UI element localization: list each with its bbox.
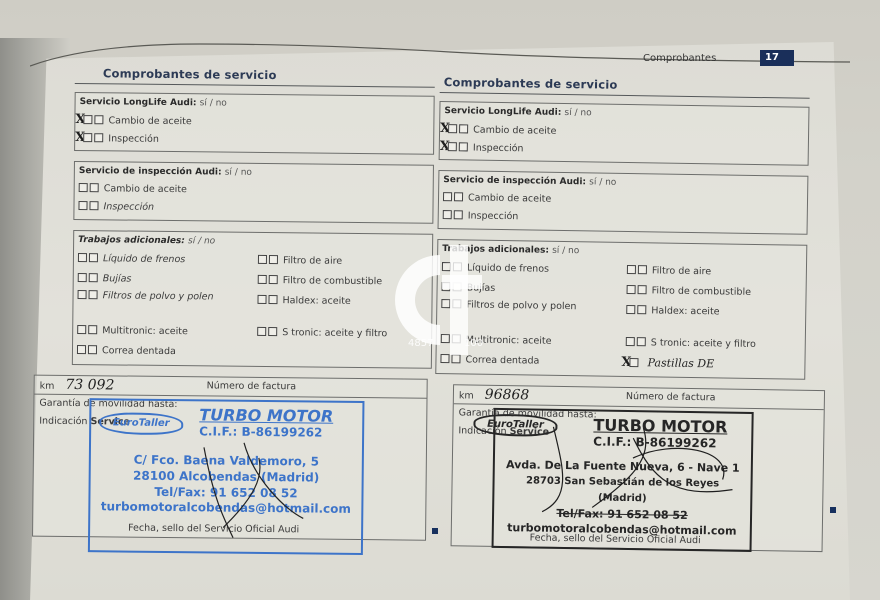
checkbox-si[interactable] [258, 275, 267, 284]
inspection-box: Servicio de inspección Audi: sí / no Cam… [73, 161, 434, 224]
checkbox-si[interactable] [78, 273, 87, 282]
checkbox-no[interactable] [88, 345, 97, 354]
checkbox-no[interactable] [268, 327, 277, 336]
checkbox-no[interactable] [88, 325, 97, 334]
checkbox-si[interactable] [448, 124, 457, 133]
checkbox-no[interactable] [453, 282, 462, 291]
checkbox-si[interactable] [77, 345, 86, 354]
checkbox-si[interactable] [443, 210, 452, 219]
checkbox-no[interactable] [94, 115, 103, 124]
checkbox-si[interactable] [257, 327, 266, 336]
invoice-number-label: Número de factura [207, 377, 297, 396]
checkbox-no[interactable] [89, 273, 98, 282]
checkbox-row[interactable]: Filtro de combustible [258, 271, 428, 293]
checkbox-no[interactable] [90, 183, 99, 192]
checkbox-row[interactable]: Correa dentada [77, 341, 247, 363]
longlife-heading: Servicio LongLife Audi: sí / no [444, 106, 804, 122]
checkbox-si[interactable] [440, 354, 449, 363]
longlife-box: Servicio LongLife Audi: sí / no X Cambio… [439, 101, 810, 166]
checkbox-no[interactable] [452, 299, 461, 308]
checkbox-si[interactable] [257, 295, 266, 304]
checkbox-no[interactable] [637, 305, 646, 314]
mileage-stamp-box: km 96868 Número de factura Garantía de m… [451, 384, 825, 552]
checkbox-si[interactable] [77, 325, 86, 334]
checkbox-si[interactable] [78, 290, 87, 299]
checkbox-si[interactable] [79, 183, 88, 192]
inspection-box: Servicio de inspección Audi: sí / no Cam… [438, 170, 809, 235]
checkbox-no[interactable] [94, 133, 103, 142]
inspection-heading: Servicio de inspección Audi: sí / no [79, 166, 429, 180]
checkbox-si[interactable] [442, 282, 451, 291]
handwritten-item-row[interactable]: X Pastillas DE [625, 353, 800, 376]
checkbox-row[interactable]: Líquido de frenos [442, 258, 617, 281]
checkbox-si[interactable] [441, 299, 450, 308]
section-title: Comprobantes de servicio [440, 72, 810, 99]
checkbox-no[interactable] [454, 192, 463, 201]
checkbox-row[interactable]: Filtros de polvo y polen [441, 298, 616, 333]
checkbox-si[interactable] [626, 305, 635, 314]
longlife-box: Servicio LongLife Audi: sí / no X Cambio… [74, 92, 435, 155]
checkbox-no[interactable] [89, 290, 98, 299]
checkbox-row[interactable]: S tronic: aceite y filtro [257, 323, 427, 345]
checkbox-no[interactable] [637, 337, 646, 346]
checkbox-row[interactable]: Correa dentada [440, 350, 615, 373]
checkbox-row[interactable]: Bujías [441, 278, 616, 301]
longlife-heading: Servicio LongLife Audi: sí / no [80, 97, 430, 111]
checkbox-si[interactable] [448, 142, 457, 151]
additional-heading: Trabajos adicionales: sí / no [442, 244, 802, 260]
workshop-stamp: EuroTaller TURBO MOTOR C.I.F.: B-8619926… [492, 408, 754, 552]
checkbox-si[interactable] [627, 285, 636, 294]
checkbox-no[interactable] [638, 265, 647, 274]
checkbox-row[interactable]: Filtro de combustible [626, 281, 801, 304]
checkbox-si[interactable] [442, 262, 451, 271]
checkbox-row[interactable]: Haldex: aceite [257, 291, 427, 313]
checkbox-no[interactable] [451, 354, 460, 363]
additional-work-box: Trabajos adicionales: sí / no Líquido de… [72, 230, 433, 369]
additional-heading: Trabajos adicionales: sí / no [78, 235, 428, 249]
page-number: 17 [760, 50, 794, 66]
checkbox-row[interactable]: Filtros de polvo y polen [77, 289, 247, 323]
checkbox-si[interactable] [627, 265, 636, 274]
checkbox-row[interactable]: Inspección [78, 198, 428, 220]
checkbox-si[interactable] [441, 334, 450, 343]
checkbox-no[interactable] [453, 262, 462, 271]
checkbox-si[interactable] [443, 192, 452, 201]
checkbox-no[interactable] [638, 285, 647, 294]
workshop-stamp: EuroTaller TURBO MOTOR C.I.F.: B-8619926… [88, 398, 365, 555]
km-value[interactable]: 96868 [485, 387, 530, 404]
additional-work-box: Trabajos adicionales: sí / no Líquido de… [435, 239, 807, 380]
checkbox-si[interactable] [83, 115, 92, 124]
checkbox-no[interactable] [268, 295, 277, 304]
checkbox-no[interactable] [89, 201, 98, 210]
nav-marker-right [830, 507, 836, 513]
section-title: Comprobantes de servicio [75, 63, 435, 88]
km-row: km 73 092 Número de factura [35, 376, 427, 399]
checkbox-row[interactable]: Líquido de frenos [78, 249, 248, 271]
checkbox-row[interactable]: Multitronic: aceite [77, 321, 247, 343]
invoice-number-label: Número de factura [626, 388, 716, 407]
checkbox-si[interactable] [78, 201, 87, 210]
checkbox-si[interactable] [626, 337, 635, 346]
checkbox-row[interactable]: X Inspección [79, 129, 429, 151]
handwritten-item-label: Pastillas DE [647, 356, 714, 370]
nav-marker-left [432, 528, 438, 534]
checkbox-si[interactable] [83, 133, 92, 142]
checkbox-no[interactable] [269, 275, 278, 284]
checkbox-si[interactable] [78, 253, 87, 262]
mileage-stamp-box: km 73 092 Número de factura Garantía de … [32, 375, 428, 541]
checkbox-row[interactable]: Filtro de aire [258, 251, 428, 273]
checkbox-si[interactable] [258, 255, 267, 264]
checkbox-row[interactable]: Bujías [78, 269, 248, 291]
km-value[interactable]: 73 092 [65, 377, 114, 394]
running-head: Comprobantes [643, 53, 716, 64]
checkbox-row[interactable]: Filtro de aire [627, 261, 802, 284]
checkbox-row[interactable]: Haldex: aceite [626, 301, 801, 324]
checkbox-no[interactable] [452, 334, 461, 343]
checkbox-no[interactable] [89, 253, 98, 262]
checkbox-row[interactable]: Multitronic: aceite [441, 330, 616, 353]
checkbox-row[interactable]: S tronic: aceite y filtro [626, 333, 801, 356]
checkbox-no[interactable] [459, 142, 468, 151]
right-service-record: Comprobantes de servicio Servicio LongLi… [433, 72, 810, 552]
checkbox-no[interactable] [629, 358, 638, 367]
checkbox-no[interactable] [269, 255, 278, 264]
left-service-record: Comprobantes de servicio Servicio LongLi… [70, 63, 435, 541]
checkbox-no[interactable] [459, 124, 468, 133]
checkbox-no[interactable] [454, 210, 463, 219]
eurotaller-logo: EuroTaller [99, 412, 183, 435]
inspection-heading: Servicio de inspección Audi: sí / no [443, 175, 803, 191]
